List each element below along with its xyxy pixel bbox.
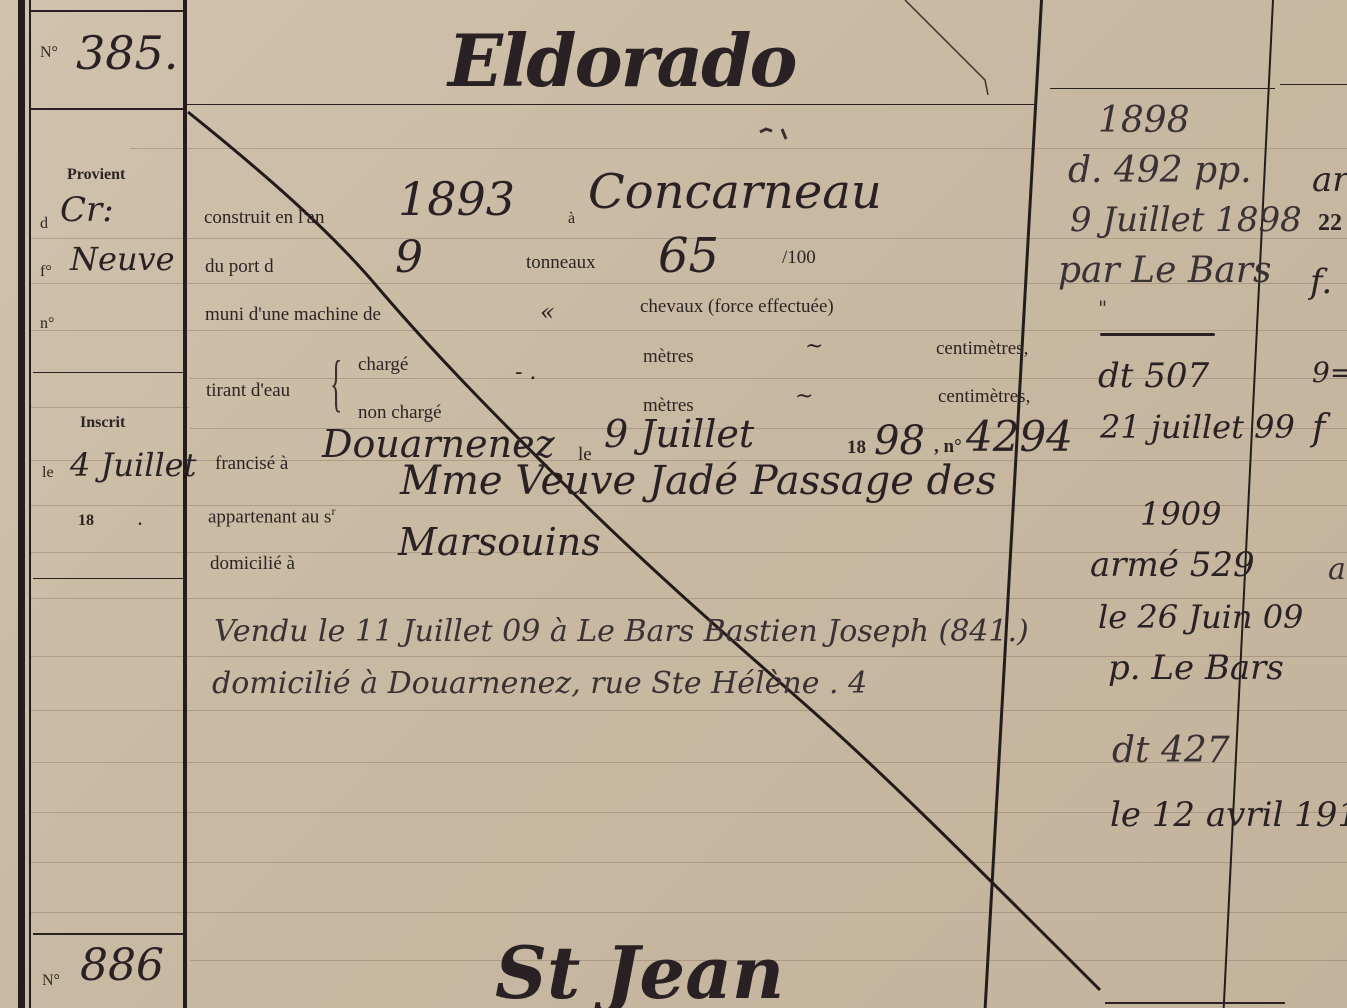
metres-value-1: ~ xyxy=(805,334,823,359)
appartenant-label: appartenant au sr xyxy=(208,504,335,528)
domicilie-label: domicilié à xyxy=(210,553,295,575)
annotation-arme-529: armé 529 xyxy=(1090,545,1255,585)
tonneaux-value: 65 xyxy=(658,228,719,284)
far-right-entry: 9= xyxy=(1312,356,1347,389)
sale-note-line-1: Vendu le 11 Juillet 09 à Le Bars Bastien… xyxy=(214,614,1029,649)
provient-d-label: d xyxy=(40,215,48,233)
entry-number-label: N° xyxy=(40,44,58,62)
centimetres-label-1: centimètres, xyxy=(936,338,1028,360)
metres-label-1: mètres xyxy=(643,346,694,368)
machine-value: « xyxy=(540,298,555,326)
annotation-dt-507: dt 507 xyxy=(1098,356,1209,396)
annotation-date-1909: le 26 Juin 09 xyxy=(1098,598,1303,636)
next-entry-number-label: N° xyxy=(42,972,60,990)
francise-number: 4294 xyxy=(966,412,1073,461)
annotation-p-le-bars: p. Le Bars xyxy=(1108,648,1284,688)
machine-label: muni d'une machine de xyxy=(205,304,381,326)
far-right-entry: 22 xyxy=(1318,210,1342,237)
tonneaux-label: tonneaux xyxy=(526,252,596,274)
annotation-date-1910: le 12 avril 1910 xyxy=(1110,795,1347,835)
annotation-date-1899: 21 juillet 99 xyxy=(1100,408,1295,446)
francise-date: 9 Juillet xyxy=(604,412,754,456)
provient-f-label: f° xyxy=(40,263,52,281)
annotation-year-1909: 1909 xyxy=(1140,495,1221,533)
domicile-value: Marsouins xyxy=(398,520,601,564)
tonneaux-fraction: /100 xyxy=(782,247,816,269)
tirant-brace: { xyxy=(330,346,342,420)
appartenant-label-text: appartenant au s xyxy=(208,506,331,527)
construit-label: construit en l'an xyxy=(204,207,325,229)
provient-label: Provient xyxy=(67,166,125,184)
port-value: 9 xyxy=(395,232,423,283)
far-right-entry: f. xyxy=(1310,262,1332,302)
construit-place: Concarneau xyxy=(588,164,882,220)
annotation-separator xyxy=(1100,333,1215,336)
port-label: du port d xyxy=(205,256,274,278)
inscrit-date: 4 Juillet xyxy=(70,446,196,484)
construit-a-label: à xyxy=(568,210,575,228)
far-right-entry: f xyxy=(1312,408,1325,449)
charge-metres-value: - . xyxy=(515,360,536,385)
annotation-year-1898: 1898 xyxy=(1098,100,1190,141)
appartenant-sup: r xyxy=(331,504,335,518)
annotation-dt-427: dt 427 xyxy=(1112,730,1230,771)
construit-year: 1893 xyxy=(398,172,515,226)
inscrit-year-dot: . xyxy=(138,512,142,530)
chevaux-label: chevaux (force effectuée) xyxy=(640,296,834,318)
charge-label: chargé xyxy=(358,354,408,376)
annotation-ditto: " xyxy=(1098,296,1107,320)
sale-note-line-2: domicilié à Douarnenez, rue Ste Hélène .… xyxy=(212,666,867,701)
annotation-dossier: d. 492 pp. xyxy=(1068,150,1252,191)
provient-n-label: n° xyxy=(40,315,54,333)
ship-name: Eldorado xyxy=(448,18,796,103)
next-ship-name: St Jean xyxy=(495,930,784,1008)
entry-number: 385. xyxy=(76,26,178,80)
inscrit-le-label: le xyxy=(42,464,54,482)
annotation-date-1898: 9 Juillet 1898 xyxy=(1070,200,1302,240)
centimetres-label-2: centimètres, xyxy=(938,386,1030,408)
far-right-entry: a xyxy=(1328,552,1346,587)
provient-d-value: Cr: xyxy=(60,190,114,230)
owner-name: Mme Veuve Jadé Passage des xyxy=(400,458,996,504)
francise-year-prefix: 18 xyxy=(847,437,866,459)
francise-label: francisé à xyxy=(215,453,288,475)
far-right-entry: ar xyxy=(1312,160,1347,200)
metres-value-2: ~ xyxy=(795,384,813,409)
tirant-label: tirant d'eau xyxy=(206,380,290,402)
non-charge-label: non chargé xyxy=(358,402,442,424)
next-entry-number: 886 xyxy=(80,940,164,991)
inscrit-label: Inscrit xyxy=(80,414,125,432)
provient-f-value: Neuve xyxy=(70,240,175,278)
inscrit-year-label: 18 xyxy=(78,512,94,530)
annotation-par-le-bars: par Le Bars xyxy=(1058,250,1271,291)
francise-no-label: , n° xyxy=(934,436,962,458)
